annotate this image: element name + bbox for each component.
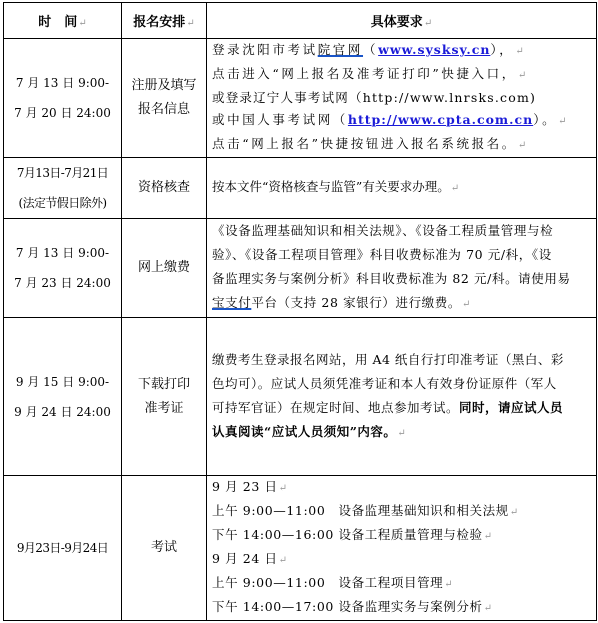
time-cell: 9月23日-9月24日	[4, 476, 122, 621]
header-time: 时 间↵	[4, 3, 122, 39]
exam-schedule-line: 9 月 24 日↵	[212, 548, 592, 572]
exam-schedule-line: 上午 9:00—11:00 设备工程项目管理↵	[212, 572, 592, 596]
table-row: 7 月 13 日 9:00- 7 月 23 日 24:00 网上缴费 《设备监理…	[4, 219, 597, 318]
requirements-cell: 缴费考生登录报名网站，用 A4 纸自行打印准考证（黑白、彩 色均可）。应试人员须…	[207, 318, 597, 476]
yeepay-link[interactable]: 宝支付	[212, 295, 251, 310]
link-cpta[interactable]: http://www.cpta.com.cn	[348, 112, 533, 127]
exam-schedule-line: 上午 9:00—11:00 设备监理基础知识和相关法规↵	[212, 500, 592, 524]
time-cell: 7 月 13 日 9:00- 7 月 23 日 24:00	[4, 219, 122, 318]
paragraph-mark-icon: ↵	[186, 18, 194, 29]
paragraph-mark-icon: ↵	[397, 428, 406, 439]
paragraph-mark-icon: ↵	[484, 531, 493, 542]
arrangement-cell: 考试	[122, 476, 207, 621]
paragraph-mark-icon: ↵	[444, 579, 453, 590]
exam-schedule-line: 9 月 23 日↵	[212, 476, 592, 500]
table-row: 9 月 15 日 9:00- 9 月 24 日 24:00 下载打印 准考证 缴…	[4, 318, 597, 476]
requirements-cell: 《设备监理基础知识和相关法规》、《设备工程质量管理与检 验》、《设备工程项目管理…	[207, 219, 597, 318]
paragraph-mark-icon: ↵	[510, 507, 519, 518]
arrangement-cell: 资格核查	[122, 158, 207, 219]
paragraph-mark-icon: ↵	[424, 18, 432, 29]
paragraph-mark-icon: ↵	[462, 299, 471, 310]
table-header-row: 时 间↵ 报名安排↵ 具体要求↵	[4, 3, 597, 39]
requirements-cell: 9 月 23 日↵ 上午 9:00—11:00 设备监理基础知识和相关法规↵ 下…	[207, 476, 597, 621]
requirements-cell: 登录沈阳市考试院官网（www.sysksy.cn），↵ 点击进入“网上报名及准考…	[207, 39, 597, 158]
link-sysksy[interactable]: www.sysksy.cn	[378, 42, 490, 57]
registration-schedule-table: 时 间↵ 报名安排↵ 具体要求↵ 7 月 13 日 9:00- 7 月 20 日…	[3, 2, 597, 621]
table-row: 9月23日-9月24日 考试 9 月 23 日↵ 上午 9:00—11:00 设…	[4, 476, 597, 621]
header-arrangement: 报名安排↵	[122, 3, 207, 39]
table-row: 7 月 13 日 9:00- 7 月 20 日 24:00 注册及填写 报名信息…	[4, 39, 597, 158]
header-requirements: 具体要求↵	[207, 3, 597, 39]
arrangement-cell: 注册及填写 报名信息	[122, 39, 207, 158]
paragraph-mark-icon: ↵	[518, 70, 529, 81]
paragraph-mark-icon: ↵	[558, 116, 569, 127]
paragraph-mark-icon: ↵	[78, 18, 86, 29]
paragraph-mark-icon: ↵	[279, 483, 288, 494]
paragraph-mark-icon: ↵	[451, 183, 459, 194]
paragraph-mark-icon: ↵	[484, 603, 493, 614]
arrangement-cell: 下载打印 准考证	[122, 318, 207, 476]
time-cell: 9 月 15 日 9:00- 9 月 24 日 24:00	[4, 318, 122, 476]
arrangement-cell: 网上缴费	[122, 219, 207, 318]
requirements-cell: 按本文件“资格核查与监管”有关要求办理。↵	[207, 158, 597, 219]
paragraph-mark-icon: ↵	[279, 555, 288, 566]
time-cell: 7 月 13 日 9:00- 7 月 20 日 24:00	[4, 39, 122, 158]
time-cell: 7月13日-7月21日 (法定节假日除外)	[4, 158, 122, 219]
table-row: 7月13日-7月21日 (法定节假日除外) 资格核查 按本文件“资格核查与监管”…	[4, 158, 597, 219]
exam-schedule-line: 下午 14:00—17:00 设备监理实务与案例分析↵	[212, 596, 592, 620]
paragraph-mark-icon: ↵	[518, 140, 529, 151]
exam-schedule-line: 下午 14:00—16:00 设备工程质量管理与检验↵	[212, 524, 592, 548]
paragraph-mark-icon: ↵	[515, 46, 526, 57]
